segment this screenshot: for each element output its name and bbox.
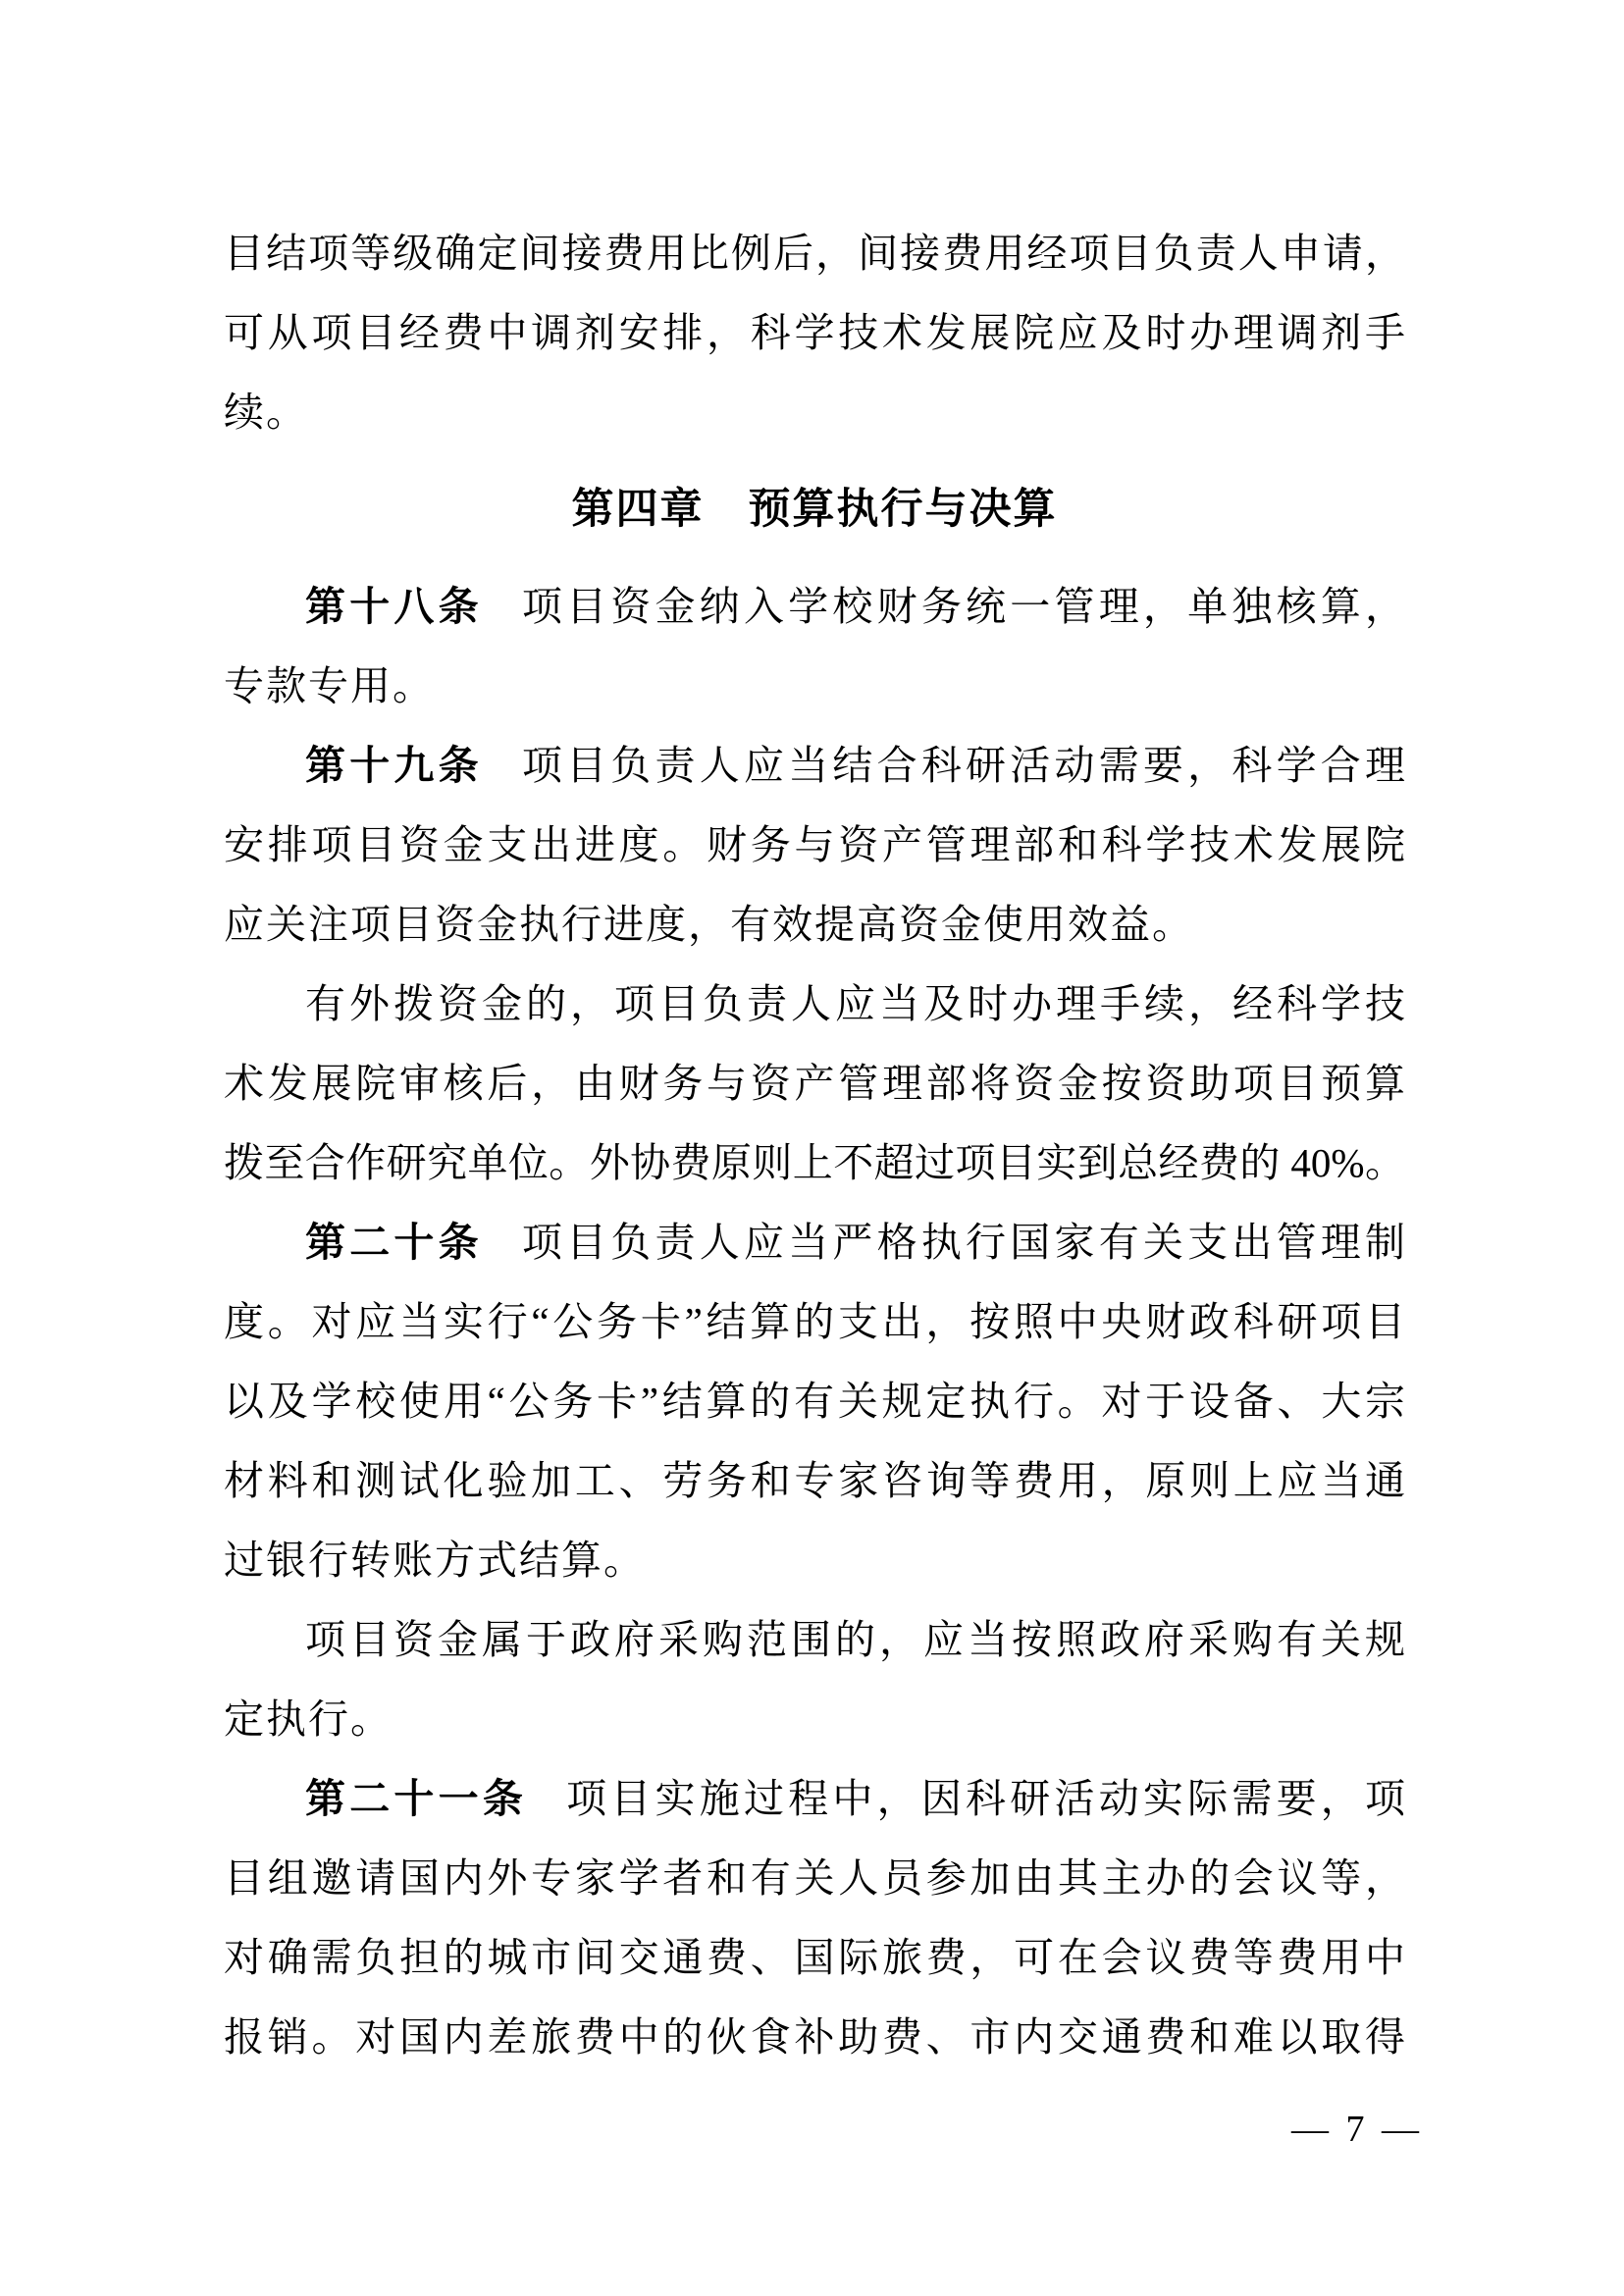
line-text: 目组邀请国内外专家学者和有关人员参加由其主办的会议等，: [224, 1855, 1405, 1901]
text-line: 报销。对国内差旅费中的伙食补助费、市内交通费和难以取得: [224, 1998, 1405, 2077]
text-line: 项目资金属于政府采购范围的，应当按照政府采购有关规: [224, 1600, 1405, 1680]
article-number: 第十九条: [305, 743, 483, 788]
text-line: 目结项等级确定间接费用比例后，间接费用经项目负责人申请，: [224, 214, 1405, 293]
text-line: 第二十条项目负责人应当严格执行国家有关支出管理制: [224, 1203, 1405, 1282]
text-line: 有外拨资金的，项目负责人应当及时办理手续，经科学技: [224, 965, 1405, 1044]
line-text: 有外拨资金的，项目负责人应当及时办理手续，经科学技: [305, 981, 1405, 1026]
line-text: 目结项等级确定间接费用比例后，间接费用经项目负责人申请，: [224, 231, 1405, 276]
text-line: 安排项目资金支出进度。财务与资产管理部和科学技术发展院: [224, 806, 1405, 885]
page-number: — 7 —: [1291, 2109, 1423, 2150]
line-text: 专款专用。: [224, 663, 435, 708]
chapter-heading: 第四章 预算执行与决算: [224, 470, 1405, 549]
document-page: 目结项等级确定间接费用比例后，间接费用经项目负责人申请， 可从项目经费中调剂安排…: [0, 0, 1624, 2296]
text-line: 第二十一条项目实施过程中，因科研活动实际需要，项: [224, 1759, 1405, 1839]
text-line: 对确需负担的城市间交通费、国际旅费，可在会议费等费用中: [224, 1918, 1405, 1998]
text-line: 定执行。: [224, 1680, 1405, 1759]
page-footer: — 7 —: [1291, 2108, 1423, 2151]
document-body: 目结项等级确定间接费用比例后，间接费用经项目负责人申请， 可从项目经费中调剂安排…: [224, 214, 1405, 2077]
article-number: 第二十一条: [305, 1776, 527, 1821]
line-text: 术发展院审核后，由财务与资产管理部将资金按资助项目预算: [224, 1061, 1405, 1106]
line-text: 报销。对国内差旅费中的伙食补助费、市内交通费和难以取得: [224, 2014, 1405, 2060]
line-text: 项目负责人应当严格执行国家有关支出管理制: [522, 1220, 1405, 1265]
line-text: 度。对应当实行“公务卡”结算的支出，按照中央财政科研项目: [224, 1299, 1405, 1344]
line-text: 项目实施过程中，因科研活动实际需要，项: [566, 1776, 1405, 1821]
article-number: 第十八条: [305, 584, 483, 629]
text-line: 以及学校使用“公务卡”结算的有关规定执行。对于设备、大宗: [224, 1362, 1405, 1441]
line-text: 项目资金纳入学校财务统一管理，单独核算，: [522, 584, 1405, 629]
line-text: 以及学校使用“公务卡”结算的有关规定执行。对于设备、大宗: [224, 1379, 1405, 1424]
line-text: 续。: [224, 390, 308, 435]
text-line: 第十九条项目负责人应当结合科研活动需要，科学合理: [224, 726, 1405, 806]
article-number: 第二十条: [305, 1220, 483, 1265]
line-text: 应关注项目资金执行进度，有效提高资金使用效益。: [224, 902, 1194, 947]
text-line: 材料和测试化验加工、劳务和专家咨询等费用，原则上应当通: [224, 1441, 1405, 1521]
line-text: 第四章 预算执行与决算: [572, 486, 1058, 533]
line-text: 项目负责人应当结合科研活动需要，科学合理: [522, 743, 1405, 788]
text-line: 拨至合作研究单位。外协费原则上不超过项目实到总经费的 40%。: [224, 1123, 1405, 1203]
text-line: 续。: [224, 373, 1405, 452]
text-line: 可从项目经费中调剂安排，科学技术发展院应及时办理调剂手: [224, 293, 1405, 373]
text-line: 术发展院审核后，由财务与资产管理部将资金按资助项目预算: [224, 1044, 1405, 1123]
text-line: 专款专用。: [224, 647, 1405, 726]
text-line: 第十八条项目资金纳入学校财务统一管理，单独核算，: [224, 567, 1405, 647]
line-text: 安排项目资金支出进度。财务与资产管理部和科学技术发展院: [224, 822, 1405, 867]
line-text: 定执行。: [224, 1696, 393, 1742]
text-line: 过银行转账方式结算。: [224, 1521, 1405, 1600]
line-text: 材料和测试化验加工、劳务和专家咨询等费用，原则上应当通: [224, 1458, 1405, 1503]
line-text: 可从项目经费中调剂安排，科学技术发展院应及时办理调剂手: [224, 310, 1405, 355]
line-text: 对确需负担的城市间交通费、国际旅费，可在会议费等费用中: [224, 1935, 1405, 1980]
text-line: 应关注项目资金执行进度，有效提高资金使用效益。: [224, 885, 1405, 965]
line-text: 过银行转账方式结算。: [224, 1538, 646, 1583]
line-text: 拨至合作研究单位。外协费原则上不超过项目实到总经费的 40%。: [224, 1140, 1405, 1185]
text-line: 目组邀请国内外专家学者和有关人员参加由其主办的会议等，: [224, 1839, 1405, 1918]
line-text: 项目资金属于政府采购范围的，应当按照政府采购有关规: [305, 1617, 1405, 1662]
text-line: 度。对应当实行“公务卡”结算的支出，按照中央财政科研项目: [224, 1282, 1405, 1362]
